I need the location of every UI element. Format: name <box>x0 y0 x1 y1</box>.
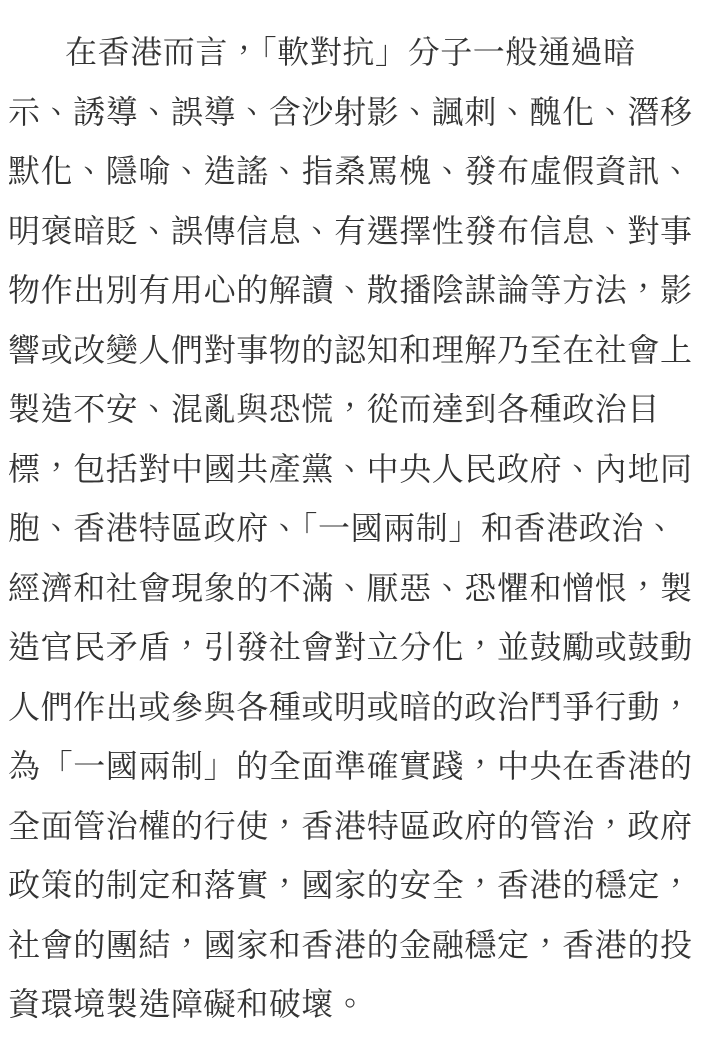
paragraph-line: 全面管治權的行使，香港特區政府的管治，政府 <box>8 797 693 857</box>
paragraph-line: 人們作出或參與各種或明或暗的政治鬥爭行動， <box>8 678 693 738</box>
paragraph-line: 社會的團結，國家和香港的金融穩定，香港的投 <box>8 916 693 976</box>
paragraph-line: 物作出別有用心的解讀、散播陰謀論等方法，影 <box>8 261 693 321</box>
paragraph-line: 響或改變人們對事物的認知和理解乃至在社會上 <box>8 321 693 381</box>
document-page: 在香港而言，「軟對抗」分子一般通過暗示、誘導、誤導、含沙射影、諷刺、醜化、潛移默… <box>0 0 701 1045</box>
paragraph-line: 胞、香港特區政府、「一國兩制」和香港政治、 <box>8 499 693 559</box>
paragraph-line: 製造不安、混亂與恐慌，從而達到各種政治目 <box>8 380 693 440</box>
paragraph-line: 示、誘導、誤導、含沙射影、諷刺、醜化、潛移 <box>8 83 693 143</box>
paragraph-line: 造官民矛盾，引發社會對立分化，並鼓勵或鼓動 <box>8 618 693 678</box>
paragraph-line: 默化、隱喻、造謠、指桑罵槐、發布虛假資訊、 <box>8 142 693 202</box>
paragraph-line: 在香港而言，「軟對抗」分子一般通過暗 <box>8 23 693 83</box>
paragraph-line: 明褒暗貶、誤傳信息、有選擇性發布信息、對事 <box>8 202 693 262</box>
paragraph-line: 標，包括對中國共產黨、中央人民政府、內地同 <box>8 440 693 500</box>
paragraph-line: 政策的制定和落實，國家的安全，香港的穩定， <box>8 856 693 916</box>
paragraph-line: 為「一國兩制」的全面準確實踐，中央在香港的 <box>8 737 693 797</box>
paragraph: 在香港而言，「軟對抗」分子一般通過暗示、誘導、誤導、含沙射影、諷刺、醜化、潛移默… <box>0 0 701 1035</box>
paragraph-line: 經濟和社會現象的不滿、厭惡、恐懼和憎恨，製 <box>8 559 693 619</box>
paragraph-line: 資環境製造障礙和破壞。 <box>8 975 693 1035</box>
